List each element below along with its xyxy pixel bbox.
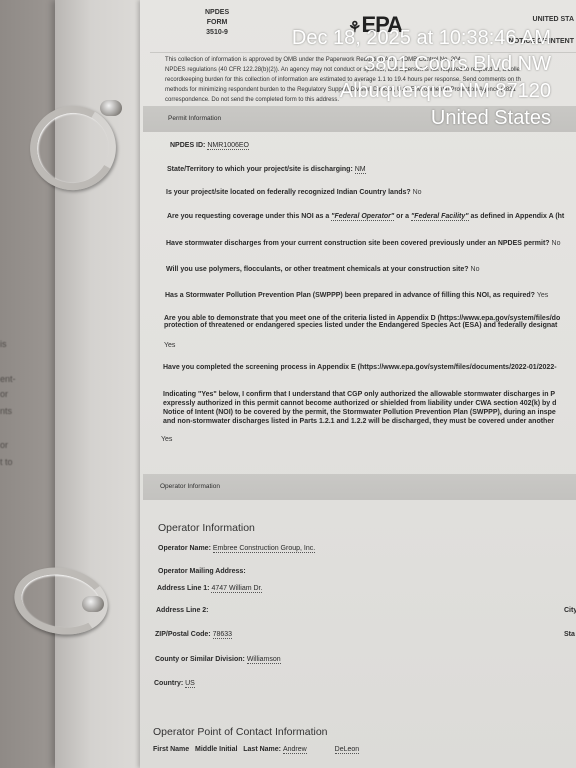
- operator-section-bar: Operator Information: [143, 474, 576, 500]
- confirm-statement: Indicating "Yes" below, I confirm that I…: [163, 390, 556, 426]
- state-field: State/Territory to which your project/si…: [167, 166, 366, 173]
- swppp-question: Has a Stormwater Pollution Prevention Pl…: [165, 292, 548, 299]
- mailing-address-label: Operator Mailing Address:: [158, 568, 246, 575]
- address-line2-field: Address Line 2:: [156, 607, 209, 614]
- operator-heading: Operator Information: [158, 522, 255, 534]
- city-label: City: [564, 607, 576, 614]
- prior-coverage-question: Have stormwater discharges from your cur…: [166, 240, 560, 247]
- federal-operator-question: Are you requesting coverage under this N…: [167, 213, 564, 220]
- photo-country: United States: [431, 106, 551, 130]
- appendix-d-answer: Yes: [164, 342, 175, 349]
- country-field: Country: US: [154, 680, 195, 687]
- agency-name: UNITED STA: [533, 16, 574, 23]
- left-page-text: t to: [0, 455, 30, 470]
- poc-name-field: First Name Middle Initial Last Name: And…: [153, 746, 359, 753]
- photo-city: Albuquerque NM 87120: [340, 79, 551, 103]
- left-page-text: nts: [0, 404, 30, 419]
- indian-country-question: Is your project/site located on federall…: [166, 189, 422, 196]
- binder-ring-end-icon: [100, 100, 122, 116]
- federal-operator-link[interactable]: "Federal Operator": [331, 213, 394, 221]
- left-page-text: or: [0, 438, 30, 453]
- left-page-text: is: [0, 337, 30, 352]
- federal-facility-link[interactable]: "Federal Facility": [411, 213, 469, 221]
- form-number: NPDES FORM 3510-9: [205, 8, 229, 38]
- confirm-answer: Yes: [161, 436, 172, 443]
- left-page-text: ent-: [0, 372, 30, 387]
- operator-name-field: Operator Name: Embree Construction Group…: [158, 545, 315, 552]
- appendix-d-question: Are you able to demonstrate that you mee…: [164, 315, 560, 329]
- zip-field: ZIP/Postal Code: 78633: [155, 631, 232, 638]
- npdes-id-field: NPDES ID: NMR1006EO: [170, 142, 249, 149]
- chemicals-question: Will you use polymers, flocculants, or o…: [166, 266, 479, 273]
- poc-heading: Operator Point of Contact Information: [153, 726, 328, 738]
- left-page-text: or: [0, 387, 30, 402]
- npdes-id-value: NMR1006EO: [207, 142, 249, 150]
- county-field: County or Similar Division: Williamson: [155, 656, 281, 663]
- photo-address: 3801 Coors Blvd NW: [364, 52, 551, 76]
- photo-timestamp: Dec 18, 2025 at 10:38:46 AM: [292, 26, 551, 50]
- address-line1-field: Address Line 1: 4747 William Dr.: [157, 585, 262, 592]
- binder-ring-end-icon: [82, 596, 104, 612]
- state-label: Sta: [564, 631, 575, 638]
- appendix-e-question: Have you completed the screening process…: [163, 364, 557, 371]
